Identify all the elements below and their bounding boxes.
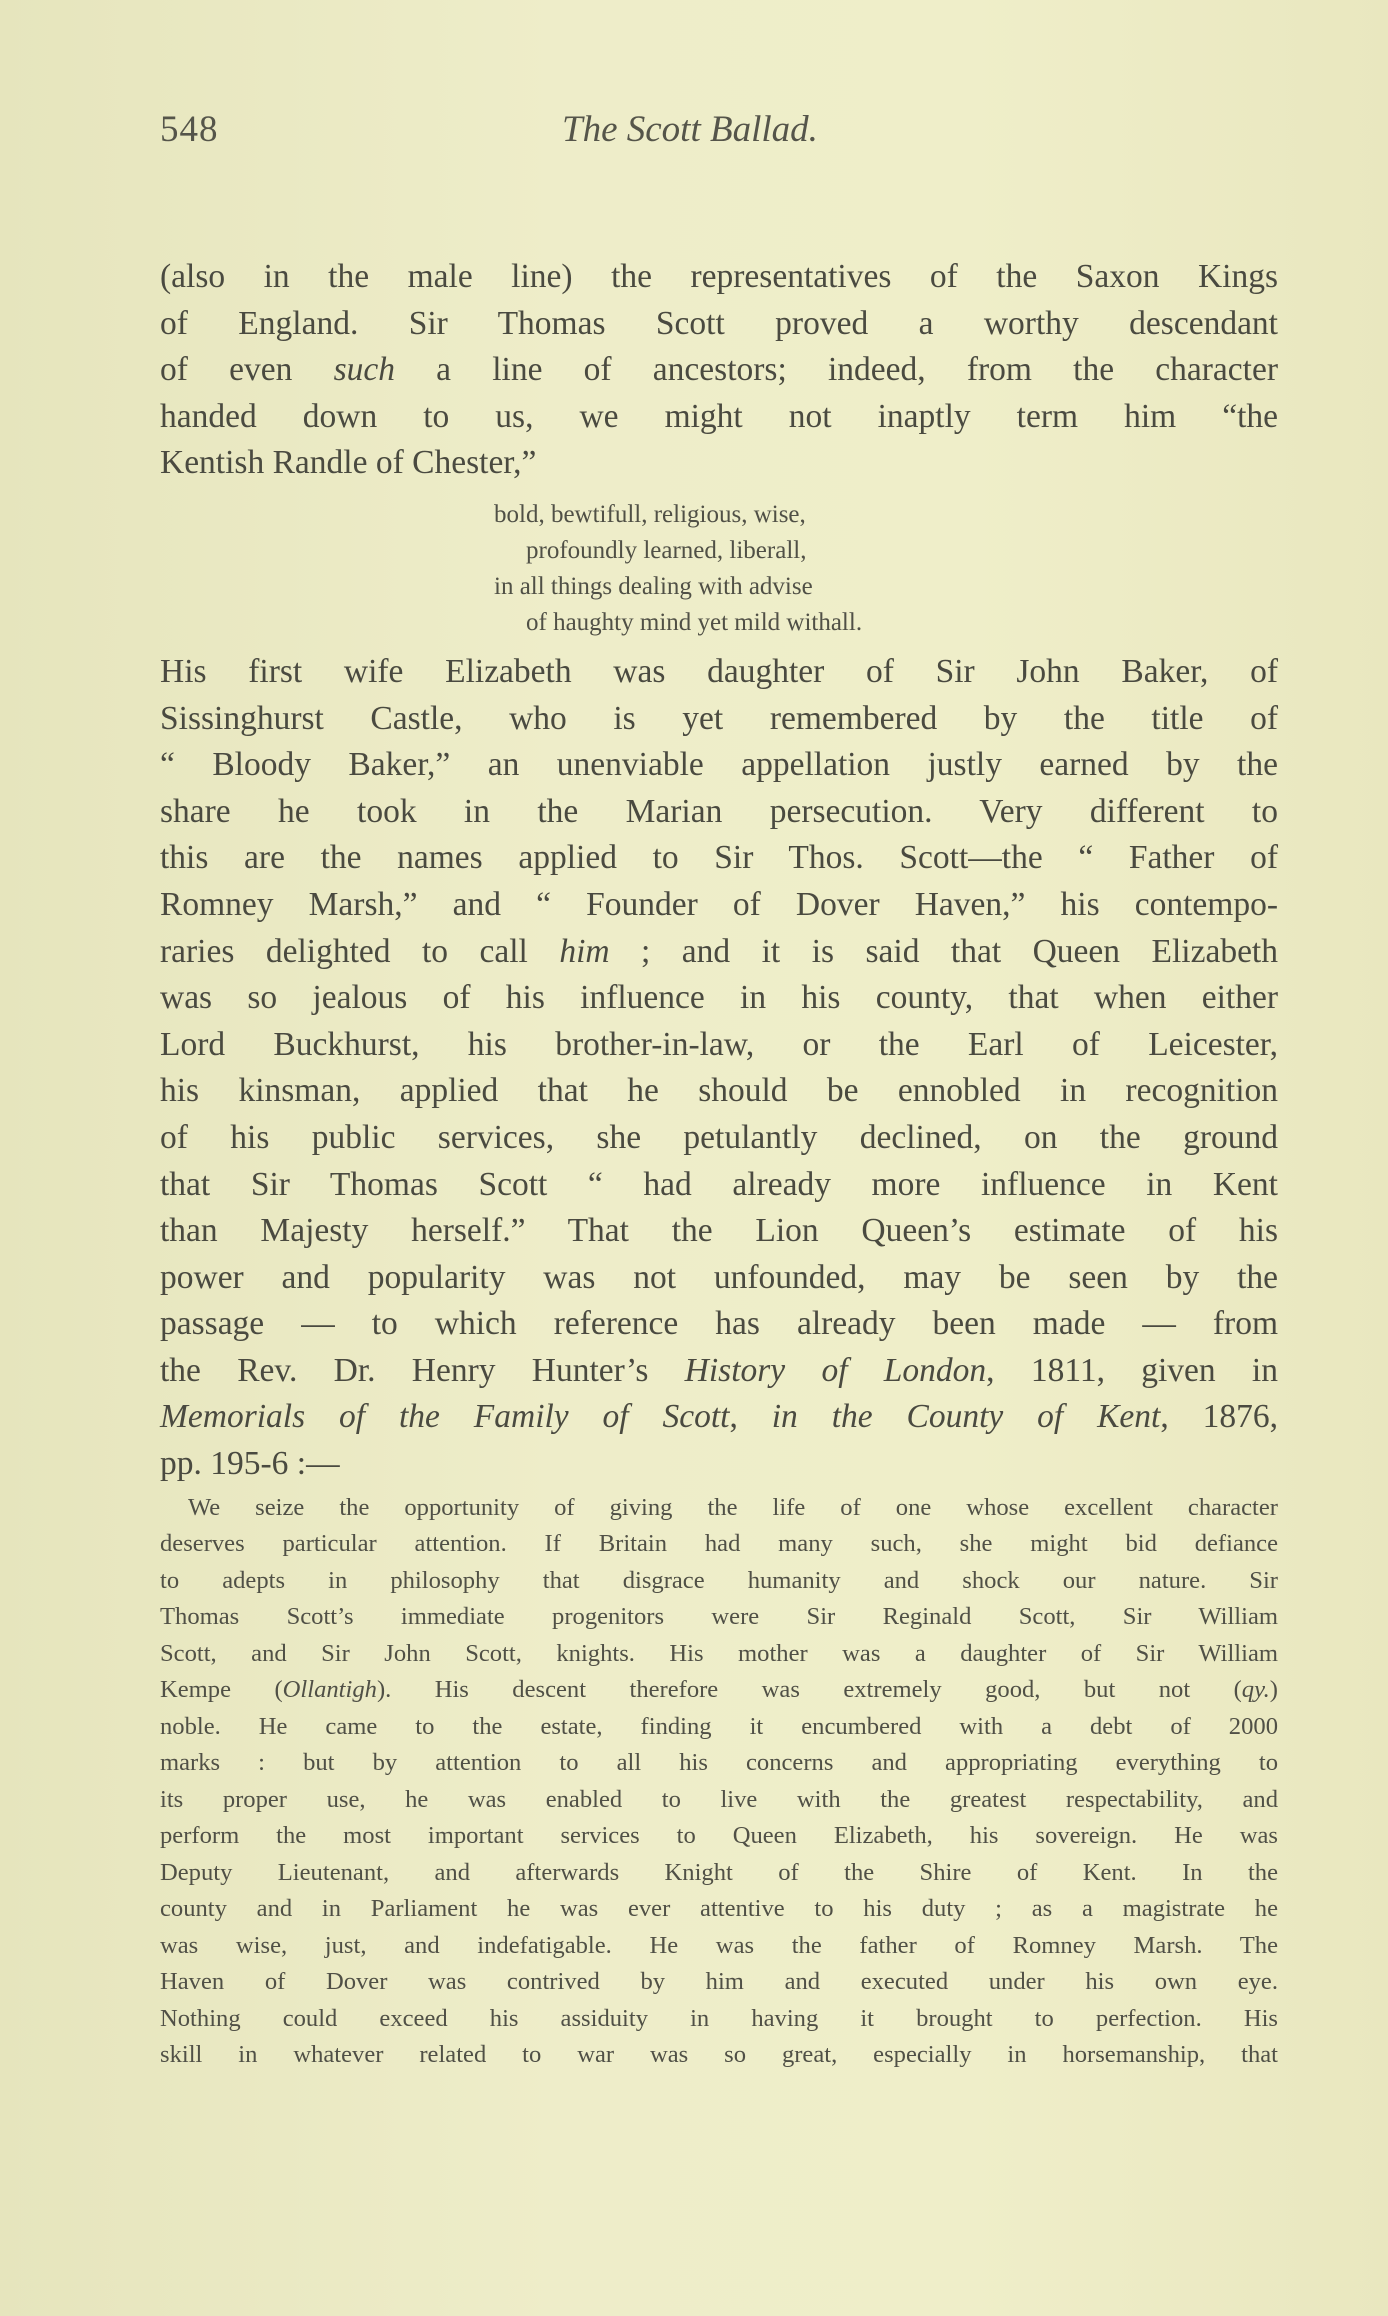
running-title: The Scott Ballad. xyxy=(562,108,818,151)
text-line: passage — to which reference has already… xyxy=(160,1301,1278,1348)
paragraph-continuation: (also in the male line) the representati… xyxy=(160,254,1278,487)
text-line: Sissinghurst Castle, who is yet remember… xyxy=(160,696,1278,743)
book-page: 548 The Scott Ballad. (also in the male … xyxy=(160,108,1278,2074)
text-line: this are the names applied to Sir Thos. … xyxy=(160,835,1278,882)
verse-line: of haughty mind yet mild withall. xyxy=(494,605,1278,641)
text-line: of his public services, she petulantly d… xyxy=(160,1115,1278,1162)
running-head: 548 The Scott Ballad. xyxy=(160,108,1278,168)
text-line: raries delighted to call him ; and it is… xyxy=(160,929,1278,976)
quote-line: Thomas Scott’s immediate progenitors wer… xyxy=(160,1599,1278,1636)
text-line: of England. Sir Thomas Scott proved a wo… xyxy=(160,301,1278,348)
text-line: power and popularity was not unfounded, … xyxy=(160,1255,1278,1302)
text-line: the Rev. Dr. Henry Hunter’s History of L… xyxy=(160,1348,1278,1395)
quote-line: Haven of Dover was contrived by him and … xyxy=(160,1964,1278,2001)
text-line: (also in the male line) the representati… xyxy=(160,254,1278,301)
verse-quotation: bold, bewtifull, religious, wise, profou… xyxy=(494,497,1278,641)
quote-line: Nothing could exceed his assiduity in ha… xyxy=(160,2001,1278,2038)
text-line: Romney Marsh,” and “ Founder of Dover Ha… xyxy=(160,882,1278,929)
quote-line: county and in Parliament he was ever att… xyxy=(160,1891,1278,1928)
text-line: pp. 195-6 :— xyxy=(160,1441,1278,1488)
verse-line: bold, bewtifull, religious, wise, xyxy=(494,497,1278,533)
quote-line: noble. He came to the estate, finding it… xyxy=(160,1709,1278,1746)
italic-emphasis: such xyxy=(334,351,395,388)
quote-line: We seize the opportunity of giving the l… xyxy=(160,1490,1278,1527)
quote-line: perform the most important services to Q… xyxy=(160,1818,1278,1855)
text-line: His first wife Elizabeth was daughter of… xyxy=(160,649,1278,696)
text-line: Lord Buckhurst, his brother-in-law, or t… xyxy=(160,1022,1278,1069)
text-line: that Sir Thomas Scott “ had already more… xyxy=(160,1162,1278,1209)
quote-line: deserves particular attention. If Britai… xyxy=(160,1526,1278,1563)
editorial-query: qy. xyxy=(1242,1676,1270,1703)
quote-line: marks : but by attention to all his conc… xyxy=(160,1745,1278,1782)
place-name-ollantigh: Ollantigh xyxy=(283,1676,377,1703)
quote-line: was wise, just, and indefatigable. He wa… xyxy=(160,1928,1278,1965)
text-line: Memorials of the Family of Scott, in the… xyxy=(160,1394,1278,1441)
quote-line: to adepts in philosophy that disgrace hu… xyxy=(160,1563,1278,1600)
page-number: 548 xyxy=(160,108,219,151)
verse-line: in all things dealing with advise xyxy=(494,569,1278,605)
book-title-memorials: Memorials of the Family of Scott xyxy=(160,1398,729,1435)
paragraph-first-wife: His first wife Elizabeth was daughter of… xyxy=(160,649,1278,1488)
italic-emphasis: him xyxy=(559,933,609,970)
quote-line: its proper use, he was enabled to live w… xyxy=(160,1782,1278,1819)
text-line: his kinsman, applied that he should be e… xyxy=(160,1068,1278,1115)
text-line: of even such a line of ancestors; indeed… xyxy=(160,347,1278,394)
book-title-county-of-kent: in the County of Kent xyxy=(772,1398,1161,1435)
quote-line: Kempe (Ollantigh). His descent therefore… xyxy=(160,1672,1278,1709)
verse-line: profoundly learned, liberall, xyxy=(494,533,1278,569)
text-line: “ Bloody Baker,” an unenviable appellati… xyxy=(160,742,1278,789)
quote-line: Scott, and Sir John Scott, knights. His … xyxy=(160,1636,1278,1673)
block-quotation: We seize the opportunity of giving the l… xyxy=(160,1490,1278,2074)
text-line: was so jealous of his influence in his c… xyxy=(160,975,1278,1022)
text-line: Kentish Randle of Chester,” xyxy=(160,440,1278,487)
text-line: than Majesty herself.” That the Lion Que… xyxy=(160,1208,1278,1255)
text-line: handed down to us, we might not inaptly … xyxy=(160,394,1278,441)
book-title-history-of-london: History of London xyxy=(685,1352,987,1389)
quote-line: Deputy Lieutenant, and afterwards Knight… xyxy=(160,1855,1278,1892)
text-line: share he took in the Marian persecution.… xyxy=(160,789,1278,836)
quote-line: skill in whatever related to war was so … xyxy=(160,2037,1278,2074)
